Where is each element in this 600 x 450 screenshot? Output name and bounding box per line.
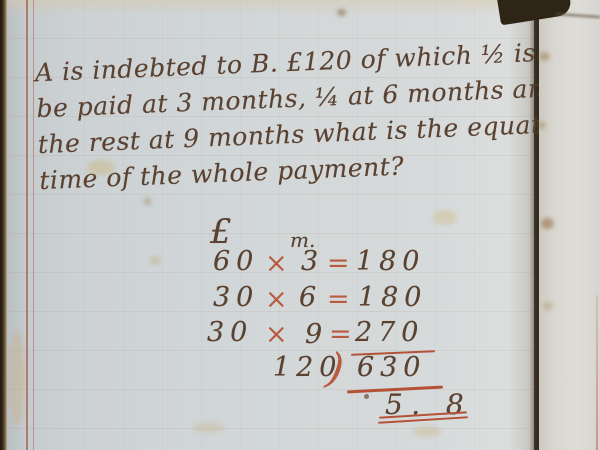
division-bracket: ) (323, 343, 347, 394)
foxing-spot (193, 422, 225, 433)
calc-row2-times-sign: × (265, 284, 294, 315)
foxing-spot (87, 160, 115, 175)
foxing-spot (413, 426, 441, 437)
calc-row1-amount: 60 (213, 246, 259, 277)
next-leaf-red-rule (596, 295, 598, 450)
calc-row2-equals-sign: = (327, 284, 356, 315)
calc-row3-amount: 30 (207, 317, 253, 348)
calc-row1-product: 180 (356, 246, 425, 277)
red-margin-rule (26, 0, 34, 450)
page-gap-shadow (529, 0, 539, 450)
calc-row2-product: 180 (358, 282, 427, 313)
foxing-spot (543, 302, 553, 310)
foxing-spot (541, 218, 554, 229)
calc-row2-months: 6 (299, 282, 322, 313)
next-leaf-edge (539, 0, 600, 450)
manuscript-page: A is indebted to B. £120 of which ½ is t… (7, 0, 534, 450)
calc-row3-months: 9 (305, 319, 328, 350)
foxing-spot (539, 52, 550, 61)
foxing-spot (337, 9, 346, 16)
calc-row2-amount: 30 (213, 282, 259, 313)
division-dividend: 630 (357, 352, 426, 383)
foxing-spot (537, 122, 546, 129)
calc-row3-times-sign: × (265, 319, 294, 350)
calc-row1-months: 3 (301, 246, 324, 277)
book-spine-edge (0, 0, 7, 450)
calc-row1-equals-sign: = (327, 248, 356, 279)
foxing-spot (433, 210, 457, 225)
notebook-photo: A is indebted to B. £120 of which ½ is t… (0, 0, 600, 450)
calc-row1-times-sign: × (265, 248, 294, 279)
foxing-spot (144, 198, 151, 205)
calc-row3-product: 270 (355, 317, 424, 348)
problem-text: A is indebted to B. £120 of which ½ is t… (34, 33, 595, 199)
foxing-spot (150, 256, 161, 265)
edge-discoloration (9, 330, 25, 425)
ink-dot (364, 394, 369, 399)
